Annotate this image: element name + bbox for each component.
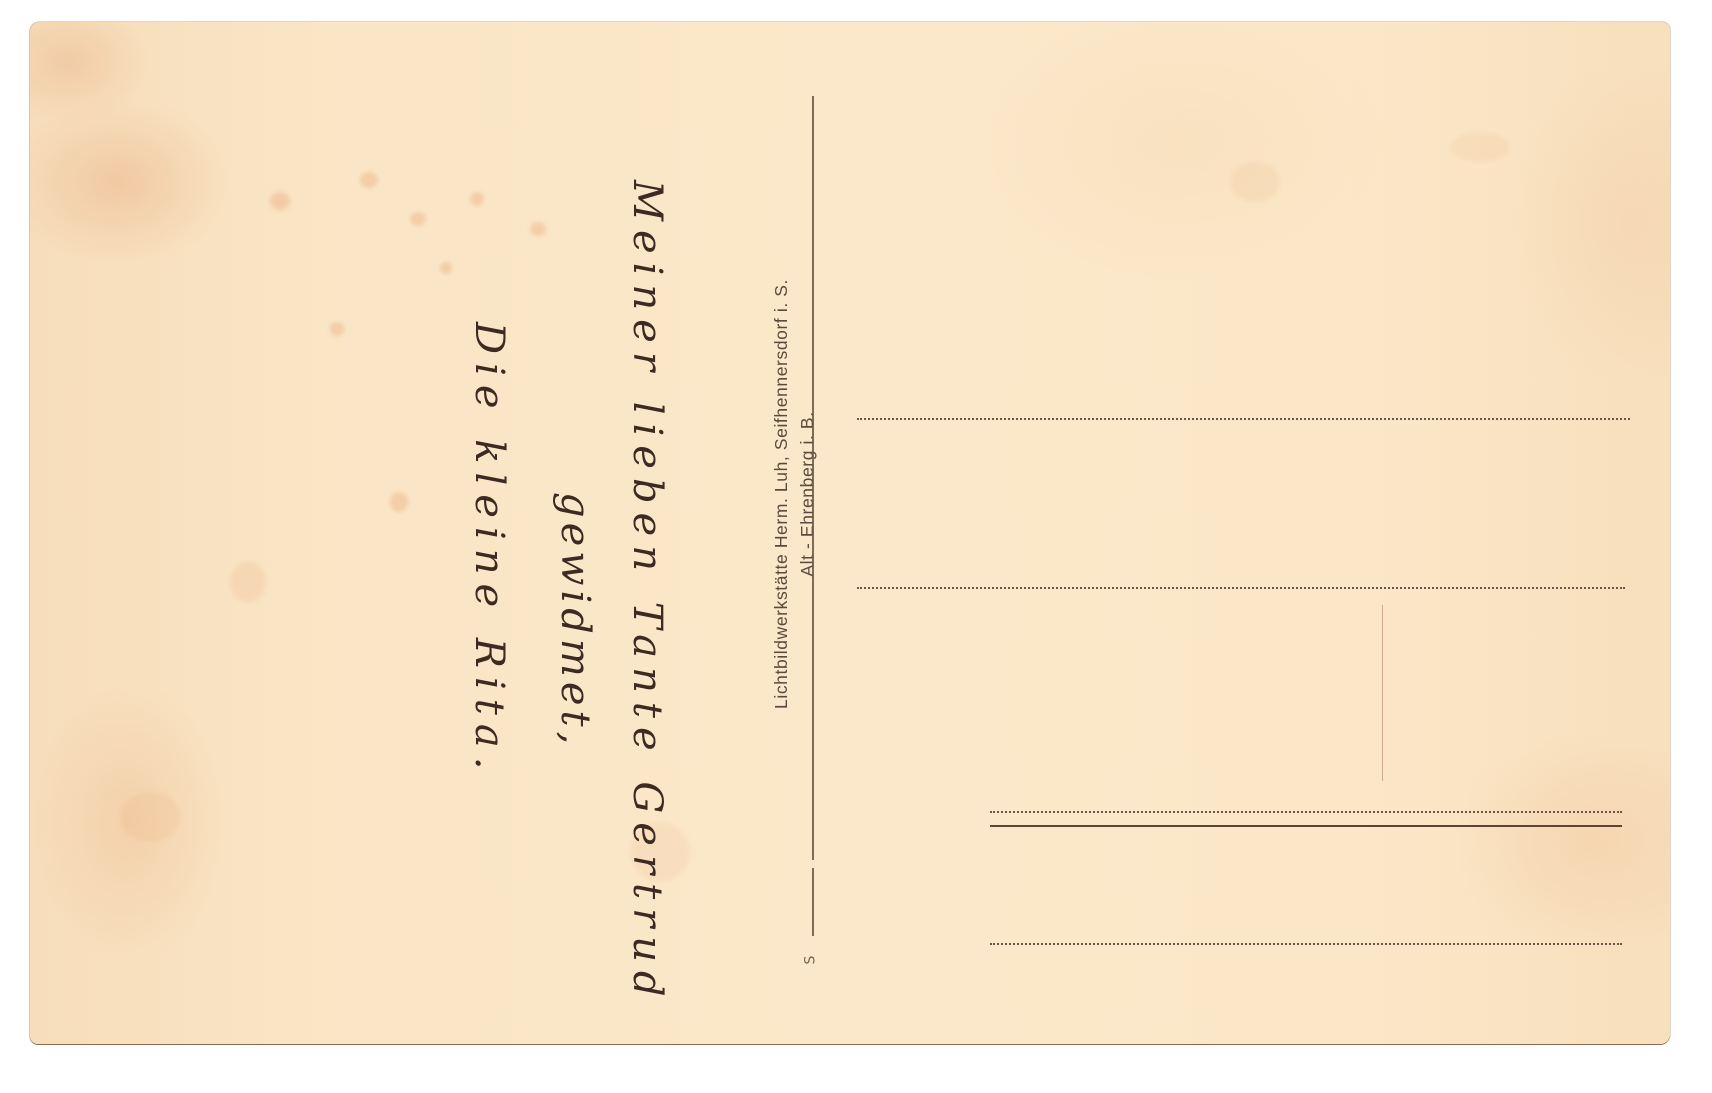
stain (230, 562, 266, 602)
imprint-line-1: Lichtbildwerkstätte Herm. Luh, Seifhenne… (768, 164, 794, 824)
address-line-5 (990, 943, 1622, 945)
handwritten-text: Die kleine Rita. (466, 322, 512, 778)
center-divider-line (812, 96, 814, 936)
address-line-3 (990, 811, 1622, 813)
stain (410, 212, 426, 226)
stain (120, 792, 180, 842)
faint-vertical-guide (1382, 605, 1383, 781)
stain (270, 192, 290, 210)
postcard-back: Meiner lieben Tante Gertrud gewidmet, Di… (30, 22, 1670, 1044)
stain (360, 172, 378, 188)
handwritten-text: gewidmet, (552, 492, 598, 749)
address-line-1 (857, 418, 1630, 420)
address-line-2 (857, 587, 1625, 589)
address-line-4-solid (990, 825, 1622, 827)
stain (470, 192, 484, 206)
plate-mark: S (802, 956, 818, 965)
stain (1230, 162, 1280, 202)
divider-gap (810, 860, 816, 868)
stain (390, 492, 408, 512)
imprint-line-2: Alt - Ehrenberg i. B. (794, 164, 820, 824)
stain (1450, 132, 1510, 162)
handwritten-text: Meiner lieben Tante Gertrud (624, 180, 670, 1006)
stain (330, 322, 344, 336)
stain (530, 222, 546, 236)
stain (440, 262, 452, 274)
